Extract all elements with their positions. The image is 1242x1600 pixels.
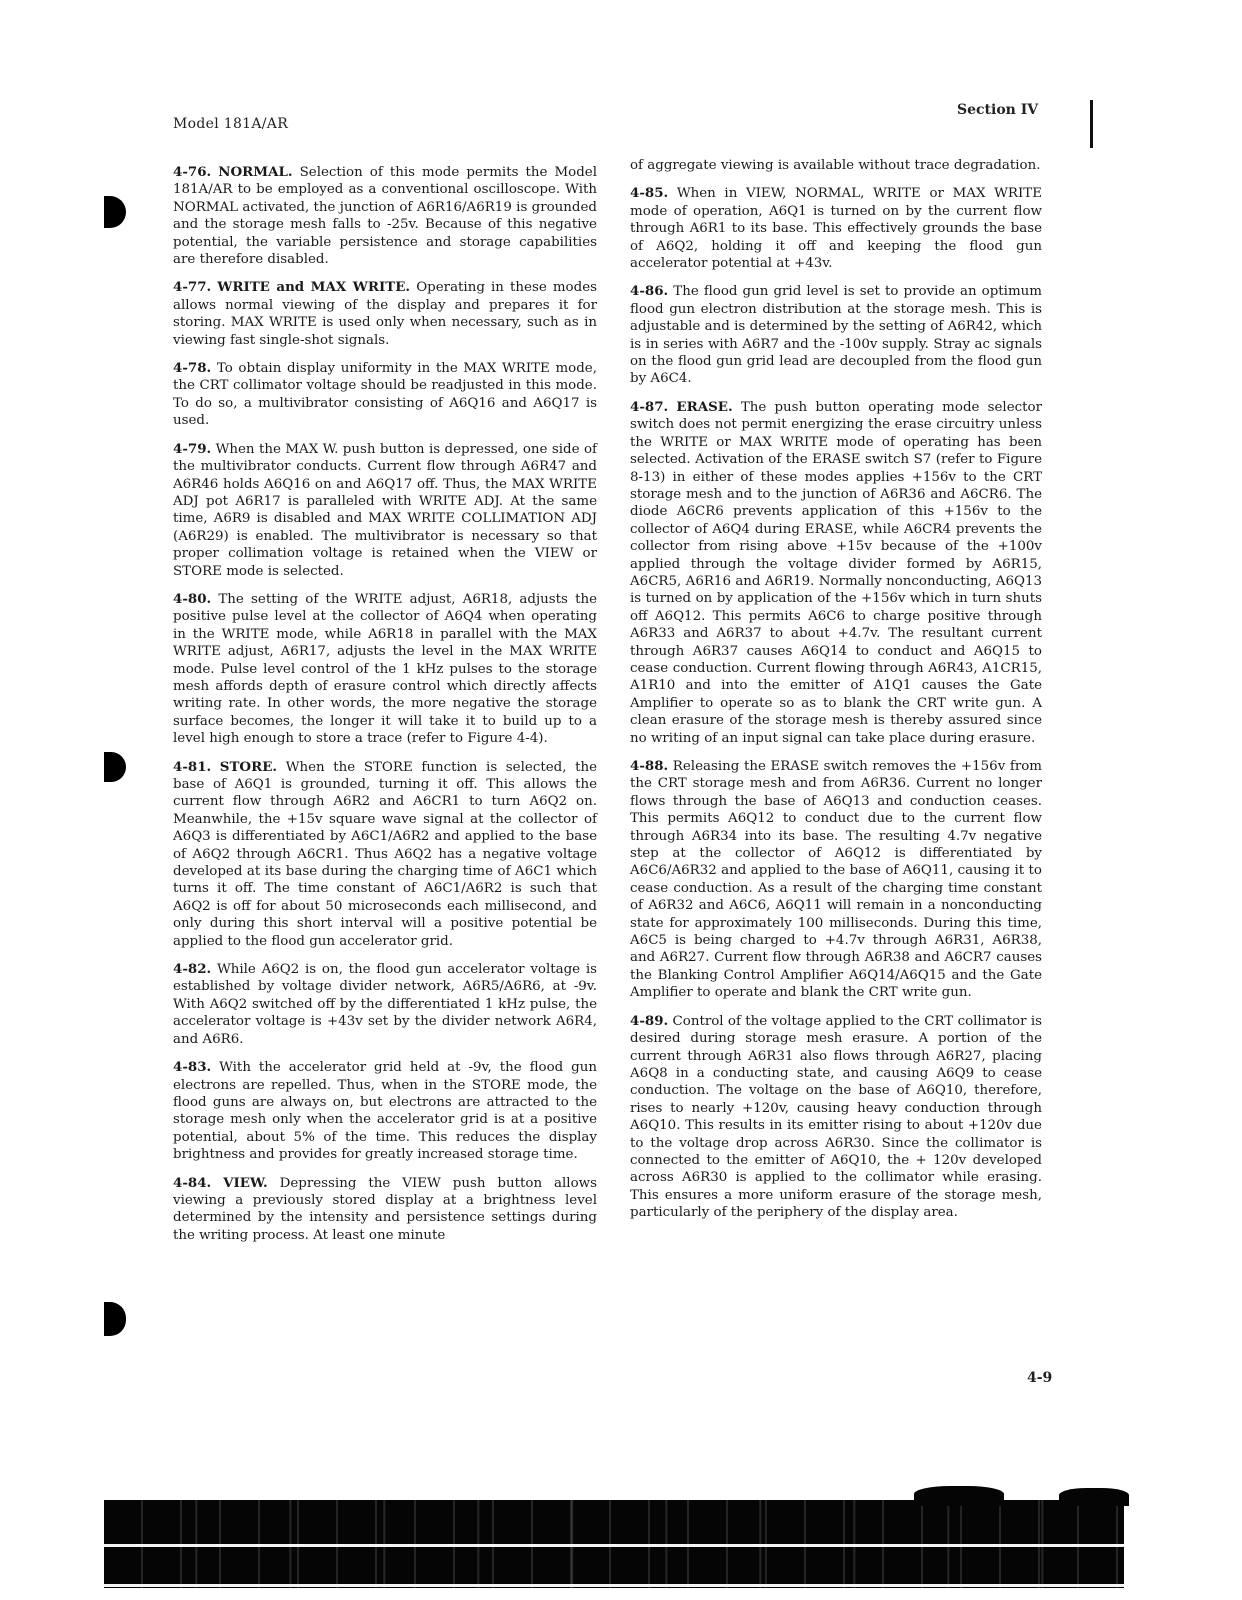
paragraph-title: ERASE. <box>676 399 732 415</box>
paragraph-number: 4-77. <box>173 279 211 295</box>
paragraph-title: WRITE and MAX WRITE. <box>217 279 410 295</box>
paragraph-number: 4-76. <box>173 164 211 180</box>
page-number: 4-9 <box>1027 1370 1052 1386</box>
paragraph-text: Control of the voltage applied to the CR… <box>630 1014 1042 1220</box>
left-column: 4-76. NORMAL. Selection of this mode per… <box>173 164 597 1255</box>
paragraph-4-77: 4-77. WRITE and MAX WRITE. Operating in … <box>173 279 597 349</box>
scan-artifact-bump <box>914 1486 1004 1506</box>
paragraph-text: With the accelerator grid held at -9v, t… <box>173 1060 597 1162</box>
paragraph-continuation: of aggregate viewing is available withou… <box>630 157 1042 174</box>
paragraph-4-87: 4-87. ERASE. The push button operating m… <box>630 399 1042 747</box>
right-column: of aggregate viewing is available withou… <box>630 157 1042 1233</box>
paragraph-text: The flood gun grid level is set to provi… <box>630 284 1042 386</box>
paragraph-title: STORE. <box>220 759 277 775</box>
paragraph-number: 4-80. <box>173 591 211 607</box>
paragraph-4-80: 4-80. The setting of the WRITE adjust, A… <box>173 591 597 748</box>
paragraph-text: Releasing the ERASE switch removes the +… <box>630 759 1042 1000</box>
paragraph-text: When the STORE function is selected, the… <box>173 760 597 949</box>
punch-hole-icon <box>104 1302 126 1336</box>
header-model: Model 181A/AR <box>173 116 288 132</box>
scan-artifact-line <box>104 1544 1124 1547</box>
paragraph-4-86: 4-86. The flood gun grid level is set to… <box>630 283 1042 387</box>
scan-artifact-bump <box>1059 1488 1129 1506</box>
paragraph-number: 4-89. <box>630 1013 668 1029</box>
paragraph-number: 4-82. <box>173 961 211 977</box>
paragraph-number: 4-84. <box>173 1175 211 1191</box>
paragraph-number: 4-86. <box>630 283 668 299</box>
paragraph-4-89: 4-89. Control of the voltage applied to … <box>630 1013 1042 1222</box>
paragraph-4-84: 4-84. VIEW. Depressing the VIEW push but… <box>173 1175 597 1245</box>
paragraph-title: NORMAL. <box>218 164 292 180</box>
punch-hole-icon <box>104 752 126 782</box>
paragraph-number: 4-81. <box>173 759 211 775</box>
paragraph-4-82: 4-82. While A6Q2 is on, the flood gun ac… <box>173 961 597 1048</box>
punch-hole-icon <box>104 196 126 228</box>
scan-artifact-line <box>104 1584 1124 1587</box>
paragraph-number: 4-78. <box>173 360 211 376</box>
paragraph-text: Selection of this mode permits the Model… <box>173 165 597 267</box>
paragraph-text: While A6Q2 is on, the flood gun accelera… <box>173 962 597 1047</box>
paragraph-number: 4-79. <box>173 441 211 457</box>
paragraph-text: When in VIEW, NORMAL, WRITE or MAX WRITE… <box>630 186 1042 271</box>
paragraph-number: 4-87. <box>630 399 668 415</box>
paragraph-4-85: 4-85. When in VIEW, NORMAL, WRITE or MAX… <box>630 185 1042 272</box>
paragraph-title: VIEW. <box>223 1175 267 1191</box>
paragraph-4-76: 4-76. NORMAL. Selection of this mode per… <box>173 164 597 268</box>
paragraph-4-79: 4-79. When the MAX W. push button is dep… <box>173 441 597 580</box>
paragraph-number: 4-85. <box>630 185 668 201</box>
paragraph-4-88: 4-88. Releasing the ERASE switch removes… <box>630 758 1042 1002</box>
paragraph-4-78: 4-78. To obtain display uniformity in th… <box>173 360 597 430</box>
paragraph-text: To obtain display uniformity in the MAX … <box>173 361 597 428</box>
paragraph-4-83: 4-83. With the accelerator grid held at … <box>173 1059 597 1163</box>
paragraph-4-81: 4-81. STORE. When the STORE function is … <box>173 759 597 950</box>
paragraph-text: When the MAX W. push button is depressed… <box>173 442 597 579</box>
margin-rule <box>1090 100 1093 148</box>
scan-artifact-band <box>104 1500 1124 1588</box>
paragraph-number: 4-88. <box>630 758 668 774</box>
header-section: Section IV <box>957 102 1038 118</box>
paragraph-text: The push button operating mode selec­tor… <box>630 400 1042 746</box>
paragraph-number: 4-83. <box>173 1059 211 1075</box>
paragraph-text: The setting of the WRITE adjust, A6R18, … <box>173 592 597 746</box>
